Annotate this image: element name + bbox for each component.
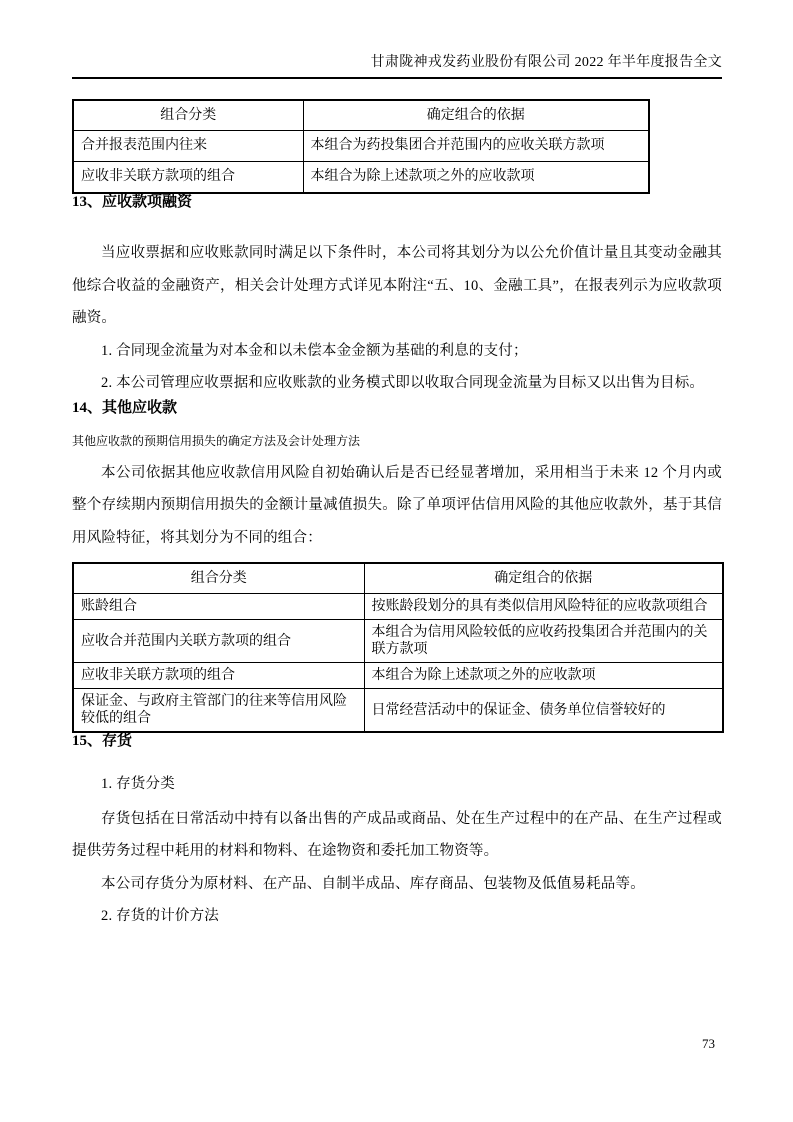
section-15-list-item-2: 2. 存货的计价方法 [72, 900, 722, 933]
section-13-paragraph: 当应收票据和应收账款同时满足以下条件时，本公司将其划分为以公允价值计量且其变动金… [72, 237, 722, 335]
table-cell: 本组合为药投集团合并范围内的应收关联方款项 [303, 131, 649, 162]
section-13-heading: 13、应收款项融资 [72, 194, 722, 211]
table-cell: 合并报表范围内往来 [73, 131, 303, 162]
receivables-portfolio-table: 组合分类 确定组合的依据 合并报表范围内往来 本组合为药投集团合并范围内的应收关… [72, 99, 650, 194]
column-header-portfolio-class: 组合分类 [73, 563, 364, 594]
table-row: 应收非关联方款项的组合 本组合为除上述款项之外的应收款项 [73, 663, 723, 689]
other-receivables-portfolio-table: 组合分类 确定组合的依据 账龄组合 按账龄段划分的具有类似信用风险特征的应收款项… [72, 562, 724, 733]
table-cell: 账龄组合 [73, 594, 364, 620]
table-cell: 本组合为信用风险较低的应收药投集团合并范围内的关联方款项 [364, 620, 723, 663]
table-cell: 日常经营活动中的保证金、债务单位信誉较好的 [364, 689, 723, 733]
table-cell: 应收非关联方款项的组合 [73, 162, 303, 194]
page-content: 甘肃陇神戎发药业股份有限公司 2022 年半年度报告全文 组合分类 确定组合的依… [72, 0, 722, 933]
table-cell: 保证金、与政府主管部门的往来等信用风险较低的组合 [73, 689, 364, 733]
table-cell: 本组合为除上述款项之外的应收款项 [364, 663, 723, 689]
table-row: 应收非关联方款项的组合 本组合为除上述款项之外的应收款项 [73, 162, 649, 194]
table-header-row: 组合分类 确定组合的依据 [73, 100, 649, 131]
section-15-paragraph-1: 存货包括在日常活动中持有以备出售的产成品或商品、处在生产过程中的在产品、在生产过… [72, 803, 722, 868]
table-row: 保证金、与政府主管部门的往来等信用风险较低的组合 日常经营活动中的保证金、债务单… [73, 689, 723, 733]
column-header-portfolio-basis: 确定组合的依据 [303, 100, 649, 131]
table-header-row: 组合分类 确定组合的依据 [73, 563, 723, 594]
table-row: 应收合并范围内关联方款项的组合 本组合为信用风险较低的应收药投集团合并范围内的关… [73, 620, 723, 663]
table-cell: 本组合为除上述款项之外的应收款项 [303, 162, 649, 194]
section-13-list-item-2: 2. 本公司管理应收票据和应收账款的业务模式即以收取合同现金流量为目标又以出售为… [72, 367, 722, 400]
section-14-paragraph: 本公司依据其他应收款信用风险自初始确认后是否已经显著增加，采用相当于未来 12 … [72, 457, 722, 555]
page-number: 73 [702, 1036, 715, 1052]
column-header-portfolio-class: 组合分类 [73, 100, 303, 131]
table-cell: 按账龄段划分的具有类似信用风险特征的应收款项组合 [364, 594, 723, 620]
table-cell: 应收非关联方款项的组合 [73, 663, 364, 689]
table-row: 账龄组合 按账龄段划分的具有类似信用风险特征的应收款项组合 [73, 594, 723, 620]
table-cell: 应收合并范围内关联方款项的组合 [73, 620, 364, 663]
page-header-title: 甘肃陇神戎发药业股份有限公司 2022 年半年度报告全文 [72, 54, 722, 79]
table-row: 合并报表范围内往来 本组合为药投集团合并范围内的应收关联方款项 [73, 131, 649, 162]
column-header-portfolio-basis: 确定组合的依据 [364, 563, 723, 594]
section-14-subtitle: 其他应收款的预期信用损失的确定方法及会计处理方法 [72, 433, 722, 449]
section-15-paragraph-2: 本公司存货分为原材料、在产品、自制半成品、库存商品、包装物及低值易耗品等。 [72, 868, 722, 901]
document-page: 甘肃陇神戎发药业股份有限公司 2022 年半年度报告全文 组合分类 确定组合的依… [0, 0, 793, 1122]
section-13-list-item-1: 1. 合同现金流量为对本金和以未偿本金金额为基础的利息的支付； [72, 335, 722, 368]
section-15-heading: 15、存货 [72, 733, 722, 750]
section-15-list-item-1: 1. 存货分类 [72, 768, 722, 801]
section-14-heading: 14、其他应收款 [72, 400, 722, 417]
